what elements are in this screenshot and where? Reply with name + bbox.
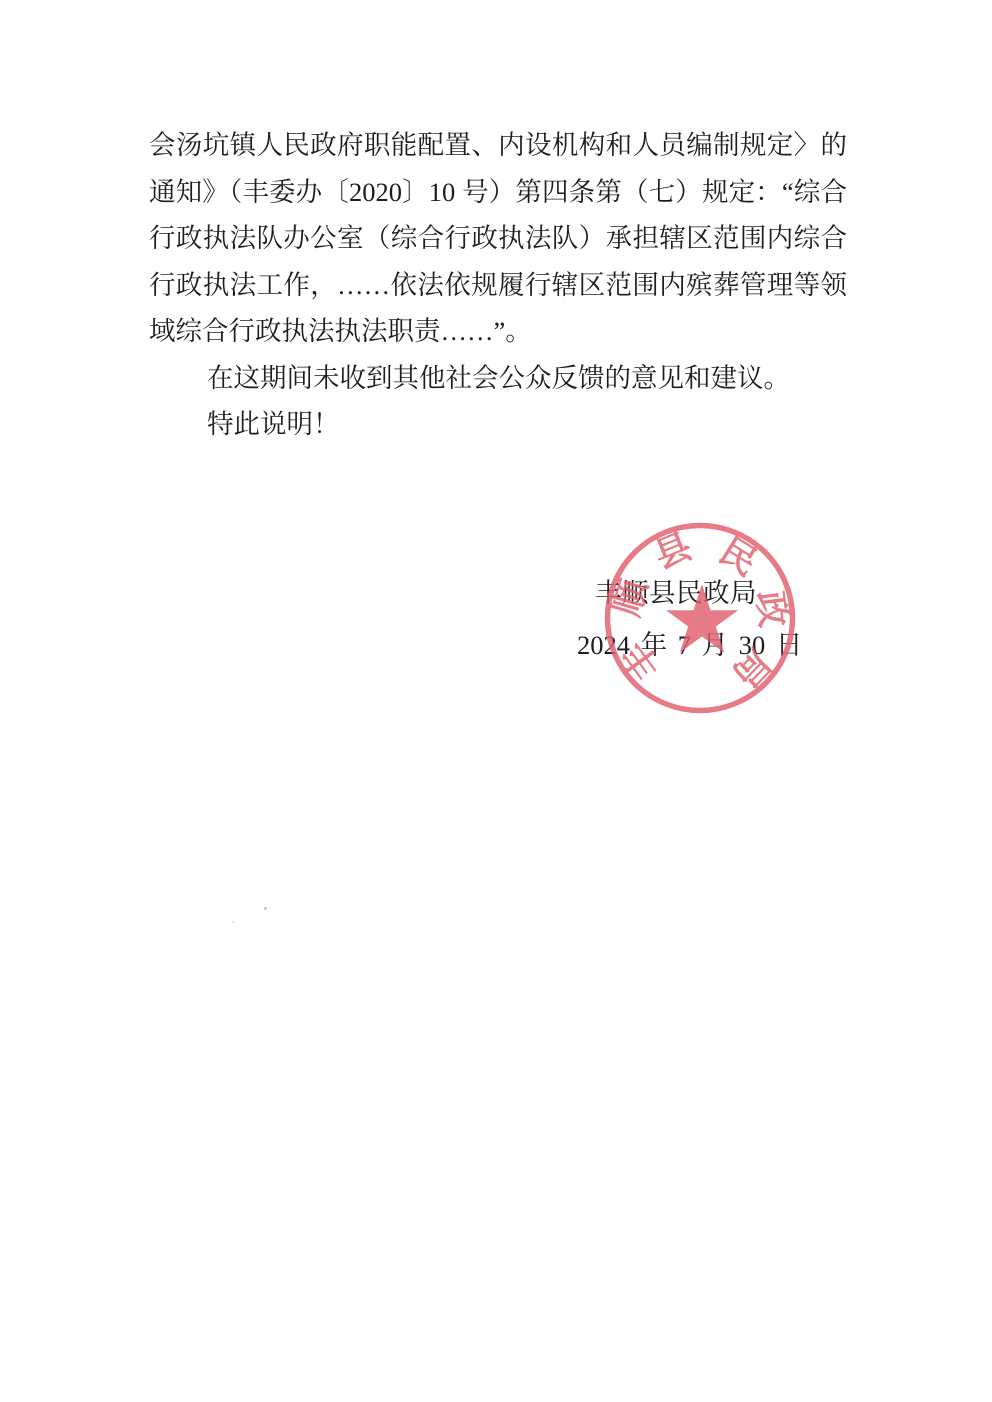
body-line: 特此说明！ xyxy=(149,401,847,448)
document-page: 会汤坑镇人民政府职能配置、内设机构和人员编制规定〉的 通知》（丰委办〔2020〕… xyxy=(0,0,992,1402)
body-line: 通知》（丰委办〔2020〕10 号）第四条第（七）规定：“综合 xyxy=(149,169,847,216)
body-line: 行政执法队办公室（综合行政执法队）承担辖区范围内综合 xyxy=(149,215,847,262)
seal-char: 县 xyxy=(649,526,697,577)
scan-speck xyxy=(264,907,267,910)
body-line: 行政执法工作，……依法依规履行辖区范围内殡葬管理等领 xyxy=(149,262,847,309)
body-line: 域综合行政执法执法职责……”。 xyxy=(149,308,847,355)
signature-date: 2024 年 7 月 30 日 xyxy=(577,623,802,662)
body-line: 会汤坑镇人民政府职能配置、内设机构和人员编制规定〉的 xyxy=(149,122,847,169)
body-text-block: 会汤坑镇人民政府职能配置、内设机构和人员编制规定〉的 通知》（丰委办〔2020〕… xyxy=(149,122,847,448)
signature-agency: 丰顺县民政局 xyxy=(595,571,757,610)
body-line: 在这期间未收到其他社会公众反馈的意见和建议。 xyxy=(149,355,847,402)
scan-speck xyxy=(232,921,234,923)
seal-ring xyxy=(608,526,793,711)
seal-text-arc: 丰 顺 县 民 政 局 xyxy=(607,526,794,695)
